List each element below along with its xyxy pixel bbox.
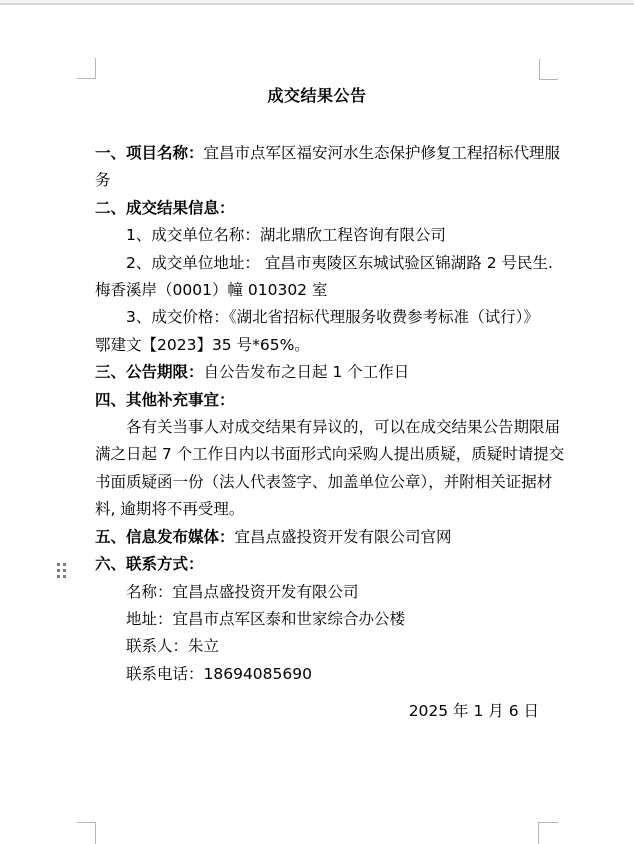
- document-line: 一、项目名称：宜昌市点军区福安河水生态保护修复工程招标代理服: [95, 140, 539, 167]
- document-page: { "doc": { "title": "成交结果公告", "body_line…: [0, 0, 634, 844]
- heading-segment: 五、信息发布媒体：: [95, 528, 235, 546]
- document-line: 联系人：朱立: [95, 633, 539, 660]
- document-line: 二、成交结果信息：: [95, 195, 539, 222]
- document-line: 五、信息发布媒体：宜昌点盛投资开发有限公司官网: [95, 524, 539, 551]
- text-segment: 满之日起 7 个工作日内以书面形式向采购人提出质疑，质疑时请提交: [95, 445, 564, 463]
- text-segment: 宜昌点盛投资开发有限公司官网: [235, 528, 452, 546]
- text-segment: 宜昌市点军区福安河水生态保护修复工程招标代理服: [204, 144, 561, 162]
- document-title: 成交结果公告: [95, 86, 539, 106]
- document-line: 地址：宜昌市点军区泰和世家综合办公楼: [95, 606, 539, 633]
- text-segment: 联系人：朱立: [126, 637, 219, 655]
- text-segment: 务: [95, 171, 111, 189]
- document-line: 梅香溪岸（0001）幢 010302 室: [95, 277, 539, 304]
- document-line: 六、联系方式：: [95, 551, 539, 578]
- heading-segment: 三、公告期限：: [95, 363, 204, 381]
- document-line: 鄂建文【2023】35 号*65%。: [95, 332, 539, 359]
- heading-segment: 四、其他补充事宜：: [95, 391, 235, 409]
- document-line: 名称：宜昌点盛投资开发有限公司: [95, 579, 539, 606]
- document-line: 1、成交单位名称：湖北鼎欣工程咨询有限公司: [95, 222, 539, 249]
- document-body-lines: 一、项目名称：宜昌市点军区福安河水生态保护修复工程招标代理服务二、成交结果信息：…: [95, 140, 539, 688]
- text-segment: 3、成交价格：《湖北省招标代理服务收费参考标准（试行）》: [126, 308, 539, 326]
- text-segment: 自公告发布之日起 1 个工作日: [204, 363, 410, 381]
- document-line: 务: [95, 167, 539, 194]
- text-segment: 2、成交单位地址： 宜昌市夷陵区东城试验区锦湖路 2 号民生.: [126, 254, 553, 272]
- document-date: 2025 年 1 月 6 日: [95, 698, 539, 725]
- document-line: 联系电话：18694085690: [95, 661, 539, 688]
- document-line: 2、成交单位地址： 宜昌市夷陵区东城试验区锦湖路 2 号民生.: [95, 250, 539, 277]
- text-segment: 鄂建文【2023】35 号*65%。: [95, 336, 310, 354]
- page-top-edge: [0, 0, 634, 5]
- text-segment: 各有关当事人对成交结果有异议的，可以在成交结果公告期限届: [126, 418, 560, 436]
- heading-segment: 一、项目名称：: [95, 144, 204, 162]
- text-segment: 地址：宜昌市点军区泰和世家综合办公楼: [126, 610, 405, 628]
- document-line: 料, 逾期将不再受理。: [95, 496, 539, 523]
- document-line: 书面质疑函一份（法人代表签字、加盖单位公章），并附相关证据材: [95, 469, 539, 496]
- text-segment: 1、成交单位名称：湖北鼎欣工程咨询有限公司: [126, 226, 446, 244]
- crop-mark-top-right: [539, 59, 558, 80]
- document-line: 各有关当事人对成交结果有异议的，可以在成交结果公告期限届: [95, 414, 539, 441]
- crop-mark-bottom-left: [77, 822, 96, 844]
- text-segment: 梅香溪岸（0001）幢 010302 室: [95, 281, 327, 299]
- crop-mark-top-left: [77, 58, 96, 79]
- document-content: 成交结果公告 一、项目名称：宜昌市点军区福安河水生态保护修复工程招标代理服务二、…: [95, 86, 539, 726]
- drag-handle-icon[interactable]: [57, 563, 66, 578]
- text-segment: 料, 逾期将不再受理。: [95, 500, 244, 518]
- document-line: 四、其他补充事宜：: [95, 387, 539, 414]
- document-line: 满之日起 7 个工作日内以书面形式向采购人提出质疑，质疑时请提交: [95, 441, 539, 468]
- crop-mark-bottom-right: [538, 822, 558, 844]
- text-segment: 名称：宜昌点盛投资开发有限公司: [126, 583, 359, 601]
- heading-segment: 二、成交结果信息：: [95, 199, 235, 217]
- document-line: 三、公告期限：自公告发布之日起 1 个工作日: [95, 359, 539, 386]
- heading-segment: 六、联系方式：: [95, 555, 204, 573]
- text-segment: 书面质疑函一份（法人代表签字、加盖单位公章），并附相关证据材: [95, 473, 552, 491]
- text-segment: 联系电话：18694085690: [126, 665, 312, 683]
- document-line: 3、成交价格：《湖北省招标代理服务收费参考标准（试行）》: [95, 304, 539, 331]
